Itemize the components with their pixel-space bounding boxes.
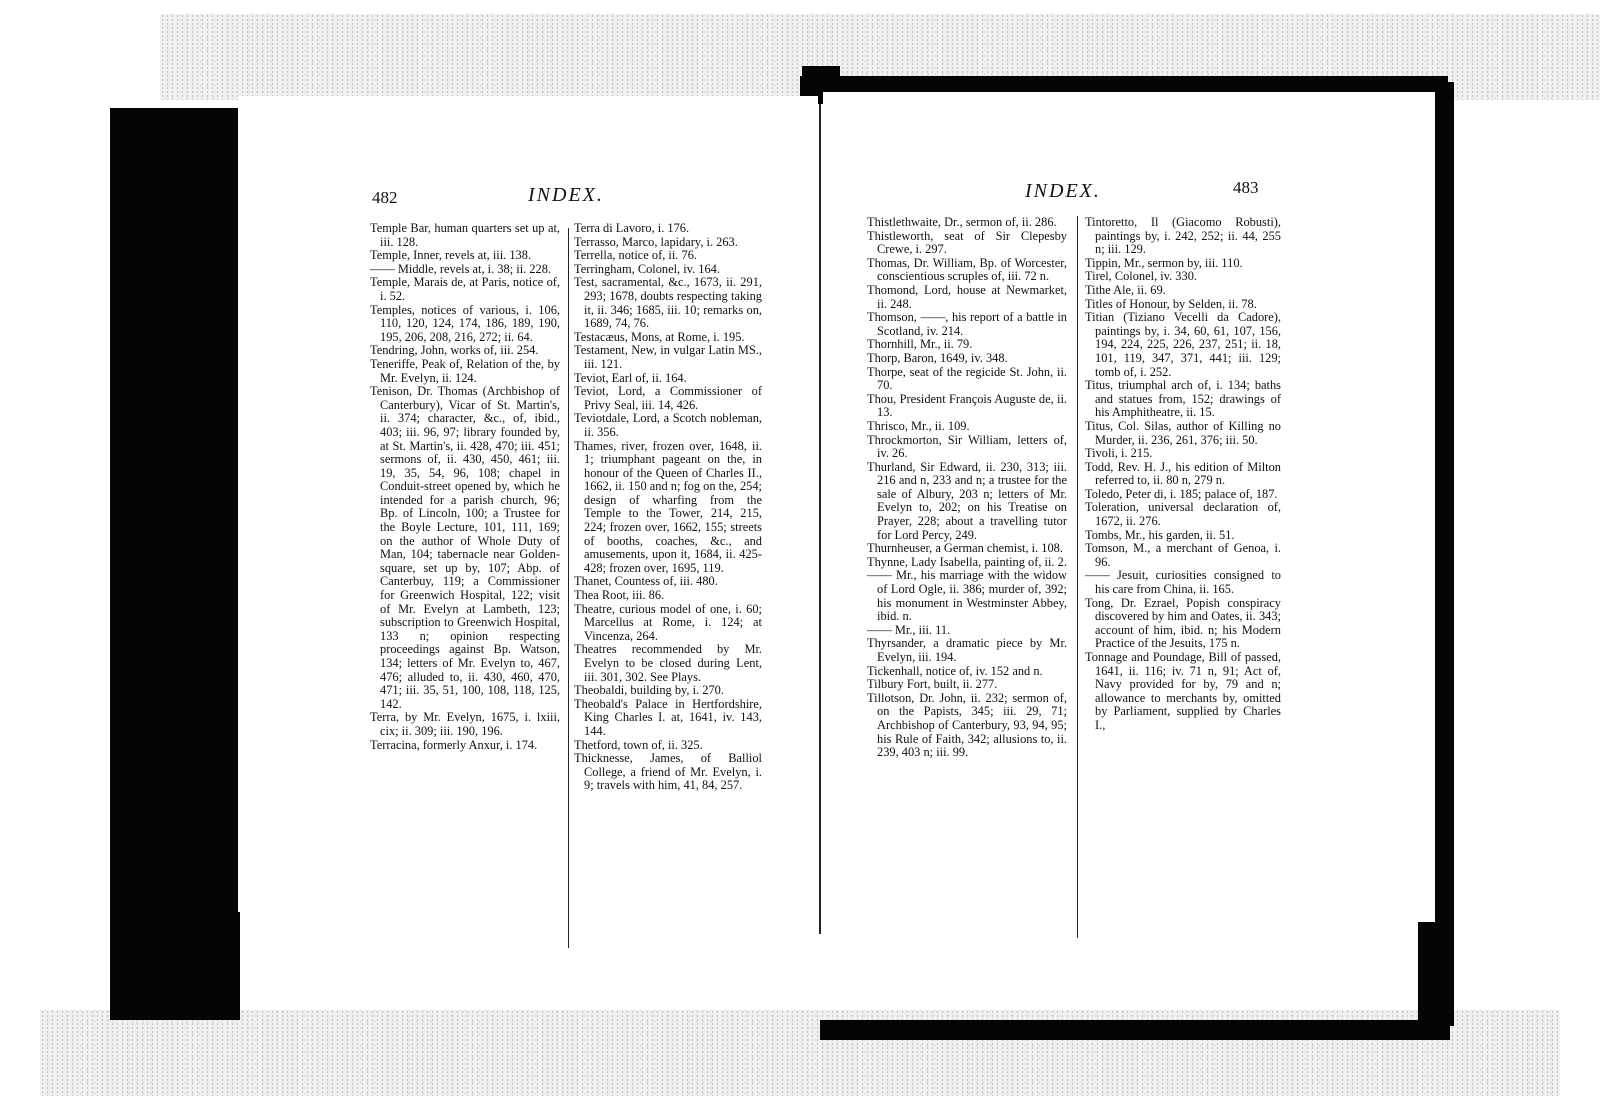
index-entry: Thurland, Sir Edward, ii. 230, 313; iii.… <box>867 461 1067 543</box>
left-page-column-2: Terra di Lavoro, i. 176.Terrasso, Marco,… <box>574 222 762 793</box>
index-entry: Teneriffe, Peak of, Relation of the, by … <box>370 358 560 385</box>
right-page-column-2: Tintoretto, Il (Giacomo Robusti), painti… <box>1085 216 1281 733</box>
index-entry: Terracina, formerly Anxur, i. 174. <box>370 739 560 753</box>
index-entry: Thanet, Countess of, iii. 480. <box>574 575 762 589</box>
index-entry: Toledo, Peter di, i. 185; palace of, 187… <box>1085 488 1281 502</box>
index-entry: Temples, notices of various, i. 106, 110… <box>370 304 560 345</box>
index-entry: Tomson, M., a merchant of Genoa, i. 96. <box>1085 542 1281 569</box>
index-entry: Testament, New, in vulgar Latin MS., iii… <box>574 344 762 371</box>
column-divider <box>1077 216 1078 938</box>
index-entry: Tickenhall, notice of, iv. 152 and n. <box>867 665 1067 679</box>
index-entry: Temple Bar, human quarters set up at, ii… <box>370 222 560 249</box>
index-entry: Theatre, curious model of one, i. 60; Ma… <box>574 603 762 644</box>
right-page: INDEX. 483 Thistlethwaite, Dr., sermon o… <box>823 92 1435 922</box>
index-entry: Tippin, Mr., sermon by, iii. 110. <box>1085 257 1281 271</box>
index-entry: Tendring, John, works of, iii. 254. <box>370 344 560 358</box>
left-page-column-1: Temple Bar, human quarters set up at, ii… <box>370 222 560 752</box>
index-entry: Thistleworth, seat of Sir Clepesby Crewe… <box>867 230 1067 257</box>
index-entry: Tillotson, Dr. John, ii. 232; sermon of,… <box>867 692 1067 760</box>
index-entry: Throckmorton, Sir William, letters of, i… <box>867 434 1067 461</box>
index-entry: Testacæus, Mons, at Rome, i. 195. <box>574 331 762 345</box>
index-entry: Theobald's Palace in Hertfordshire, King… <box>574 698 762 739</box>
right-running-head: INDEX. <box>1025 180 1101 203</box>
right-book-edge-bottom <box>820 1020 1450 1040</box>
index-entry: Titus, Col. Silas, author of Killing no … <box>1085 420 1281 447</box>
index-entry: Tirel, Colonel, iv. 330. <box>1085 270 1281 284</box>
index-entry: Thomond, Lord, house at Newmarket, ii. 2… <box>867 284 1067 311</box>
index-entry: Terringham, Colonel, iv. 164. <box>574 263 762 277</box>
book-gutter <box>819 104 821 934</box>
index-entry: Thames, river, frozen over, 1648, ii. 1;… <box>574 440 762 576</box>
index-entry: —— Middle, revels at, i. 38; ii. 228. <box>370 263 560 277</box>
index-entry: Thicknesse, James, of Balliol College, a… <box>574 752 762 793</box>
index-entry: Thorp, Baron, 1649, iv. 348. <box>867 352 1067 366</box>
index-entry: Thrisco, Mr., ii. 109. <box>867 420 1067 434</box>
index-entry: Tenison, Dr. Thomas (Archbishop of Cante… <box>370 385 560 711</box>
left-page-number: 482 <box>372 188 398 208</box>
index-entry: Titus, triumphal arch of, i. 134; baths … <box>1085 379 1281 420</box>
index-entry: Thurnheuser, a German chemist, i. 108. <box>867 542 1067 556</box>
index-entry: Thornhill, Mr., ii. 79. <box>867 338 1067 352</box>
index-entry: Thou, President François Auguste de, ii.… <box>867 393 1067 420</box>
index-entry: Temple, Inner, revels at, iii. 138. <box>370 249 560 263</box>
right-page-column-1: Thistlethwaite, Dr., sermon of, ii. 286.… <box>867 216 1067 760</box>
index-entry: Thistlethwaite, Dr., sermon of, ii. 286. <box>867 216 1067 230</box>
index-entry: Test, sacramental, &c., 1673, ii. 291, 2… <box>574 276 762 330</box>
column-divider <box>568 228 569 948</box>
index-entry: Thea Root, iii. 86. <box>574 589 762 603</box>
index-entry: Tombs, Mr., his garden, ii. 51. <box>1085 529 1281 543</box>
index-entry: Titian (Tiziano Vecelli da Cadore), pain… <box>1085 311 1281 379</box>
index-entry: Toleration, universal declaration of, 16… <box>1085 501 1281 528</box>
index-entry: Tonnage and Poundage, Bill of passed, 16… <box>1085 651 1281 733</box>
index-entry: Temple, Marais de, at Paris, notice of, … <box>370 276 560 303</box>
index-entry: Thomas, Dr. William, Bp. of Worcester, c… <box>867 257 1067 284</box>
index-entry: Thyrsander, a dramatic piece by Mr. Evel… <box>867 637 1067 664</box>
index-entry: —— Mr., iii. 11. <box>867 624 1067 638</box>
index-entry: Thynne, Lady Isabella, painting of, ii. … <box>867 556 1067 570</box>
index-entry: Tivoli, i. 215. <box>1085 447 1281 461</box>
index-entry: Terra, by Mr. Evelyn, 1675, i. lxiii, ci… <box>370 711 560 738</box>
index-entry: Tintoretto, Il (Giacomo Robusti), painti… <box>1085 216 1281 257</box>
left-running-head: INDEX. <box>528 184 604 207</box>
index-entry: Theobaldi, building by, i. 270. <box>574 684 762 698</box>
index-entry: —— Mr., his marriage with the widow of L… <box>867 569 1067 623</box>
index-entry: Thorpe, seat of the regicide St. John, i… <box>867 366 1067 393</box>
index-entry: Tilbury Fort, built, ii. 277. <box>867 678 1067 692</box>
index-entry: Tong, Dr. Ezrael, Popish conspiracy disc… <box>1085 597 1281 651</box>
index-entry: Todd, Rev. H. J., his edition of Milton … <box>1085 461 1281 488</box>
right-page-number: 483 <box>1233 178 1259 198</box>
index-entry: Teviotdale, Lord, a Scotch nobleman, ii.… <box>574 412 762 439</box>
index-entry: Theatres recommended by Mr. Evelyn to be… <box>574 643 762 684</box>
index-entry: Teviot, Earl of, ii. 164. <box>574 372 762 386</box>
index-entry: Terrella, notice of, ii. 76. <box>574 249 762 263</box>
index-entry: Terrasso, Marco, lapidary, i. 263. <box>574 236 762 250</box>
left-book-edge <box>110 108 240 1020</box>
index-entry: Titles of Honour, by Selden, ii. 78. <box>1085 298 1281 312</box>
index-entry: Thomson, ——, his report of a battle in S… <box>867 311 1067 338</box>
index-entry: Thetford, town of, ii. 325. <box>574 739 762 753</box>
index-entry: —— Jesuit, curiosities consigned to his … <box>1085 569 1281 596</box>
index-entry: Teviot, Lord, a Commissioner of Privy Se… <box>574 385 762 412</box>
left-page: 482 INDEX. Temple Bar, human quarters se… <box>238 96 818 912</box>
index-entry: Terra di Lavoro, i. 176. <box>574 222 762 236</box>
index-entry: Tithe Ale, ii. 69. <box>1085 284 1281 298</box>
